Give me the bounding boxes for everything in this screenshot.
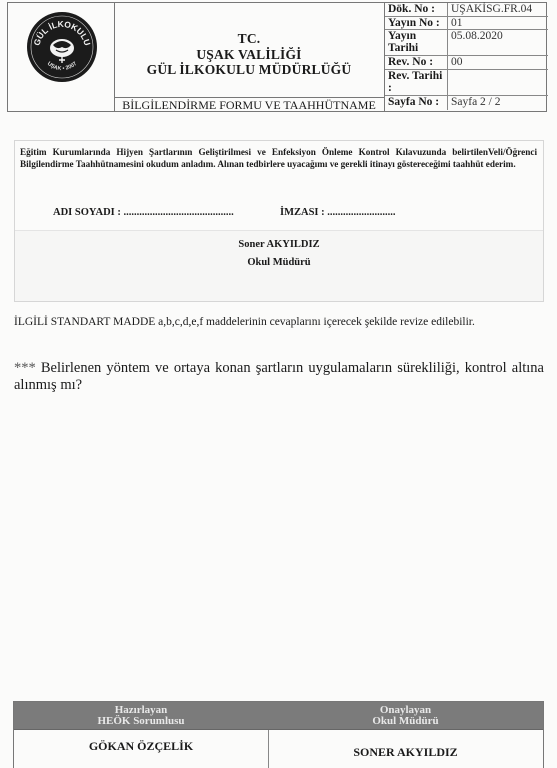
logo-cell: GÜL İLKOKULU UŞAK • 2007 — [8, 3, 115, 111]
signature-field[interactable]: İMZASI : .......................... — [280, 207, 396, 218]
rose-emblem-icon: GÜL İLKOKULU UŞAK • 2007 — [27, 12, 97, 82]
title-line-valilik: UŞAK VALİLİĞİ — [114, 47, 384, 63]
meta-label: Yayın No : — [385, 16, 448, 29]
title-line-tc: TC. — [114, 31, 384, 47]
form-name: BİLGİLENDİRME FORMU VE TAAHHÜTNAME — [114, 97, 384, 112]
institution-title: TC. UŞAK VALİLİĞİ GÜL İLKOKULU MÜDÜRLÜĞÜ — [114, 3, 384, 97]
approved-column: Onaylayan Okul Müdürü SONER AKYILDIZ — [268, 702, 543, 768]
meta-label: Rev. Tarihi : — [385, 69, 448, 95]
meta-label: Yayın Tarihi — [385, 29, 448, 55]
meta-value: 05.08.2020 — [448, 29, 549, 55]
title-line-school: GÜL İLKOKULU MÜDÜRLÜĞÜ — [114, 62, 384, 78]
signer-name: Soner AKYILDIZ — [15, 239, 543, 250]
commitment-box: Eğitim Kurumlarında Hijyen Şartlarının G… — [14, 140, 544, 302]
document-header: GÜL İLKOKULU UŞAK • 2007 TC. UŞAK VALİLİ… — [7, 2, 547, 112]
meta-label: Dök. No : — [385, 3, 448, 16]
prepared-column: Hazırlayan HEÖK Sorumlusu GÖKAN ÖZÇELİK — [14, 702, 269, 768]
meta-label: Sayfa No : — [385, 95, 448, 110]
signer-block: Soner AKYILDIZ Okul Müdürü — [15, 230, 543, 301]
prepared-role: HEÖK Sorumlusu — [14, 716, 268, 727]
meta-value: UŞAKİSG.FR.04 — [448, 3, 549, 16]
meta-value: 01 — [448, 16, 549, 29]
prepared-name: GÖKAN ÖZÇELİK — [14, 730, 268, 754]
control-question: *** Belirlenen yöntem ve ortaya konan şa… — [14, 360, 544, 394]
approved-role: Okul Müdürü — [268, 716, 543, 727]
approval-table: Hazırlayan HEÖK Sorumlusu GÖKAN ÖZÇELİK … — [13, 701, 544, 768]
question-marker: *** — [14, 360, 36, 376]
approved-name: SONER AKYILDIZ — [268, 730, 543, 760]
standard-note: İLGİLİ STANDART MADDE a,b,c,d,e,f maddel… — [14, 316, 475, 328]
prepared-header: Hazırlayan HEÖK Sorumlusu — [14, 702, 268, 730]
question-text: Belirlenen yöntem ve ortaya konan şartla… — [14, 360, 544, 393]
meta-value: 00 — [448, 55, 549, 69]
signer-role: Okul Müdürü — [15, 257, 543, 268]
document-meta-table: Dök. No :UŞAKİSG.FR.04 Yayın No :01 Yayı… — [384, 3, 548, 111]
name-field[interactable]: ADI SOYADI : ...........................… — [53, 207, 234, 218]
meta-value — [448, 69, 549, 95]
approved-header: Onaylayan Okul Müdürü — [268, 702, 543, 730]
commitment-paragraph: Eğitim Kurumlarında Hijyen Şartlarının G… — [20, 147, 537, 170]
meta-label: Rev. No : — [385, 55, 448, 69]
meta-value: Sayfa 2 / 2 — [448, 95, 549, 110]
